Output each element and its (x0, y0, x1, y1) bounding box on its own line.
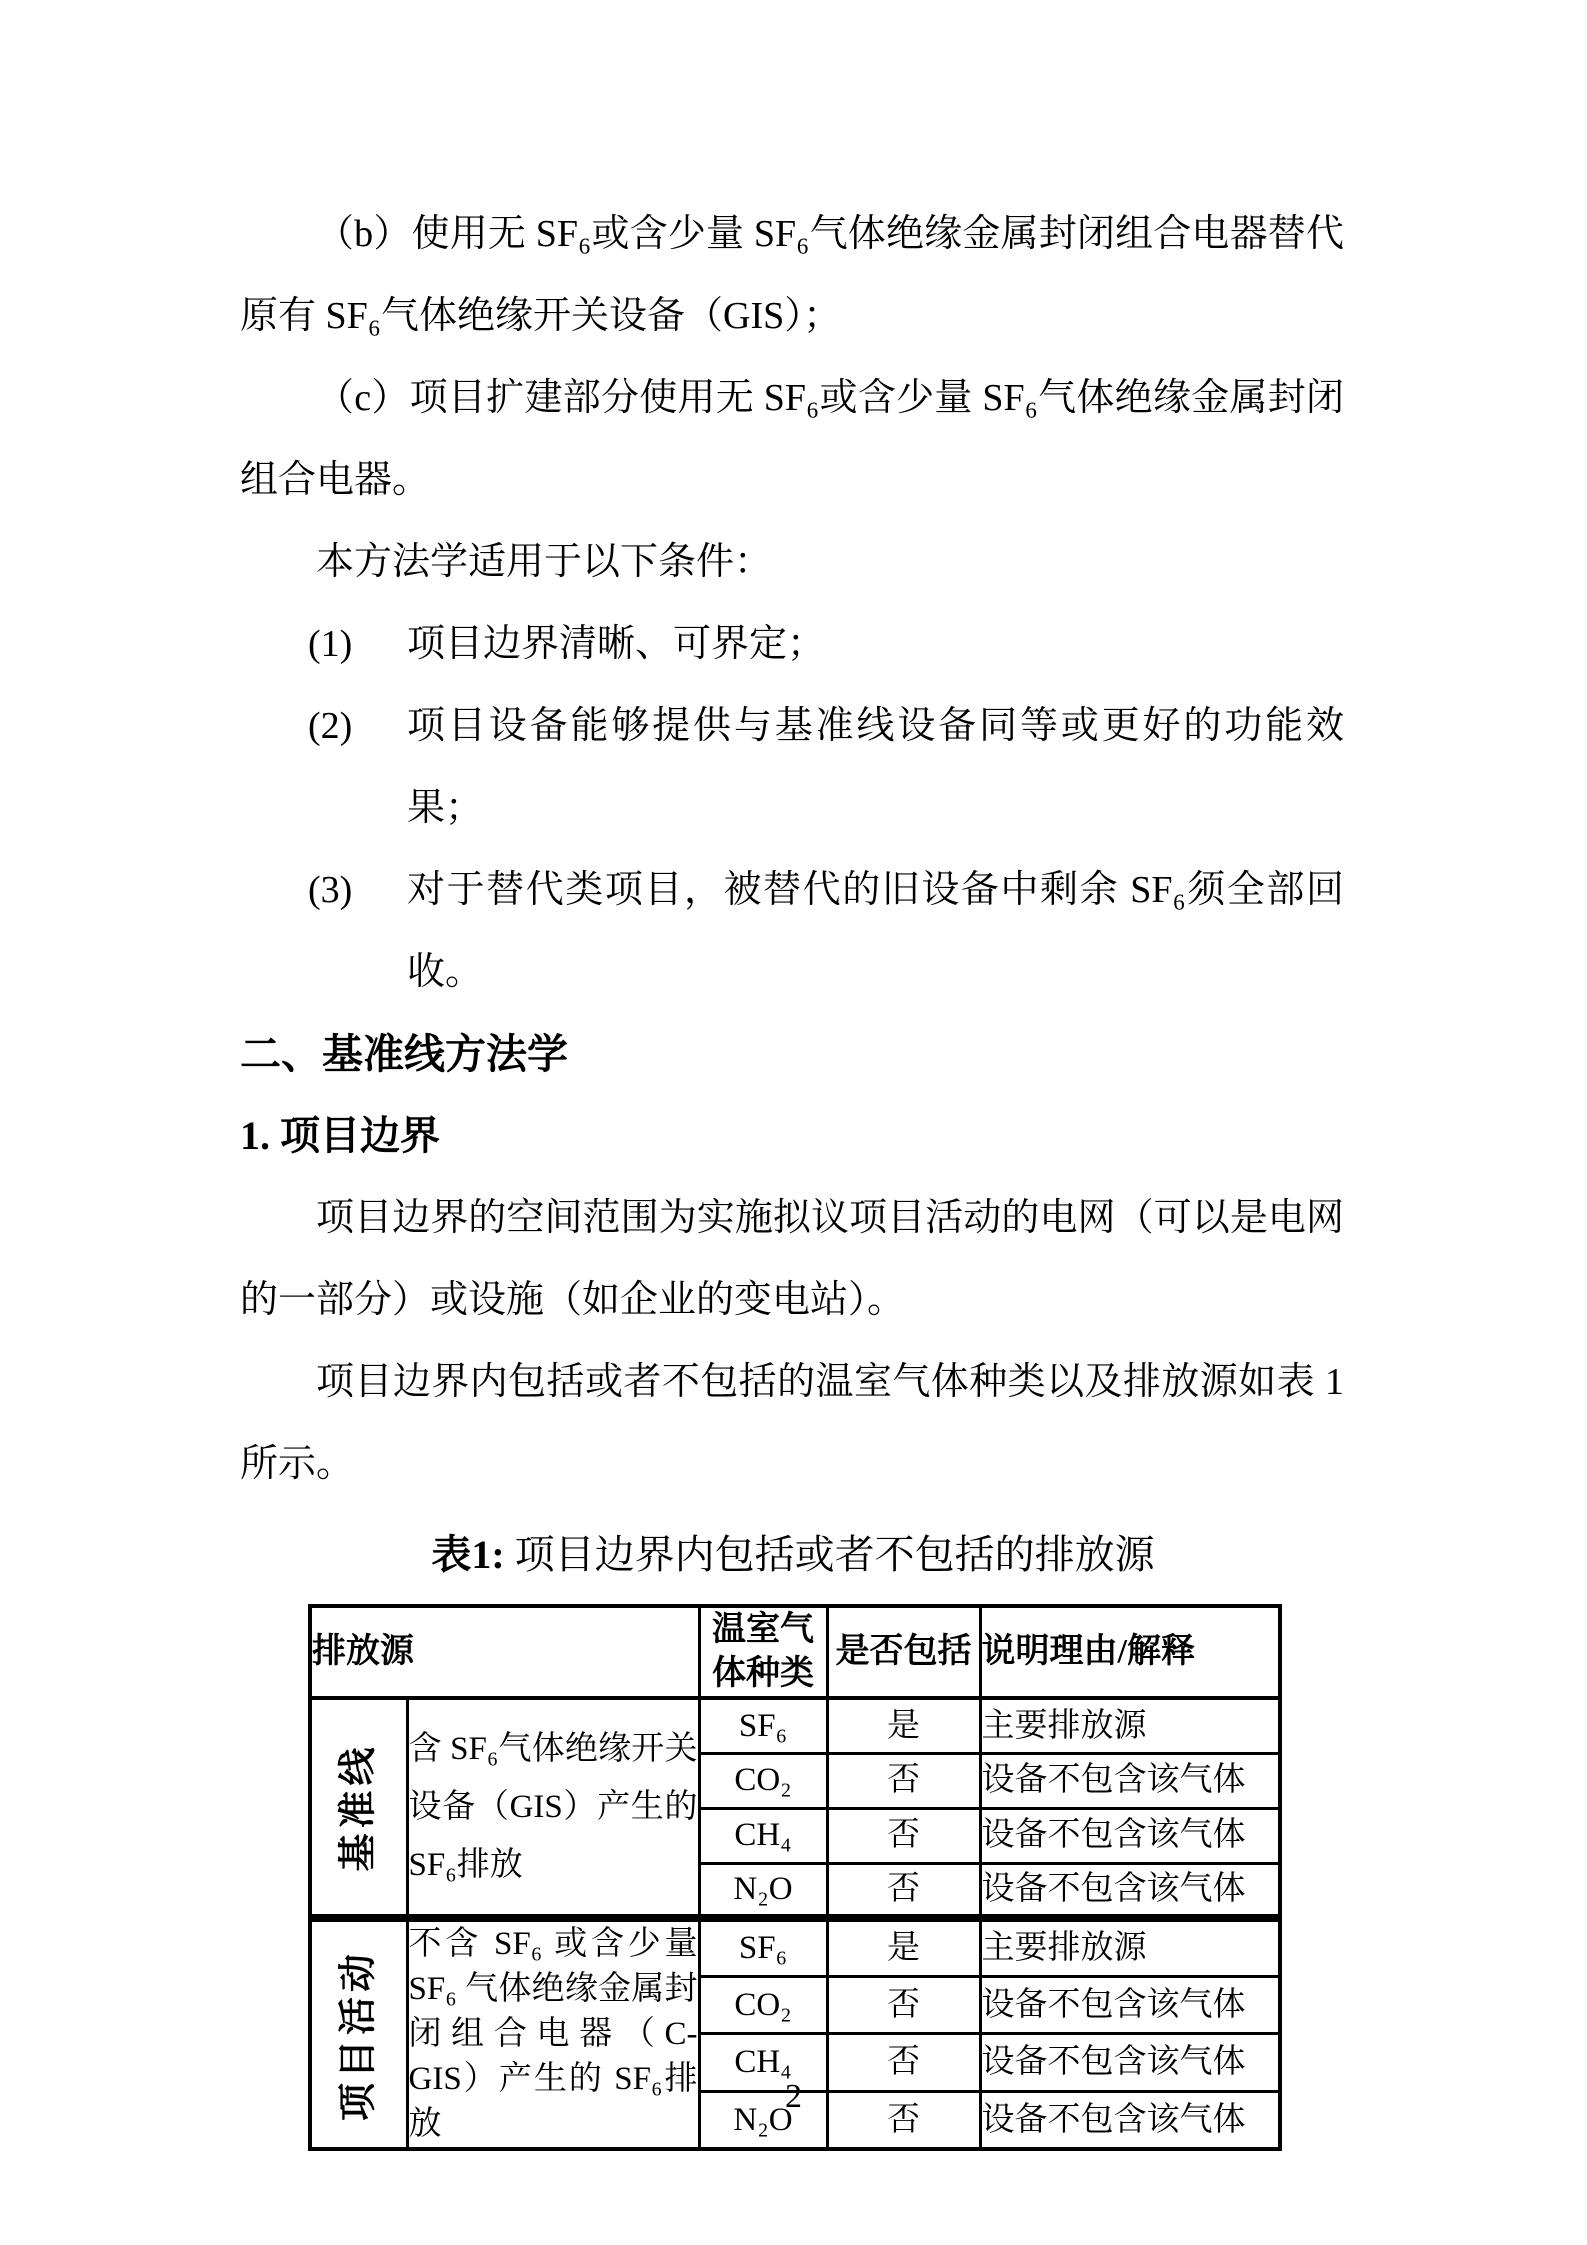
gas-cell: SF₆ (699, 1918, 827, 1976)
reason-cell: 设备不包含该气体 (980, 1863, 1280, 1918)
reason-cell: 主要排放源 (980, 1698, 1280, 1753)
emission-sources-table: 排放源 温室气体种类 是否包括 说明理由/解释 基准线 含 SF₆气体绝缘开关设… (308, 1604, 1282, 2151)
section-heading-baseline-methodology: 二、基准线方法学 (240, 1013, 1344, 1095)
gas-cell: CH₄ (699, 1808, 827, 1863)
table-header-row: 排放源 温室气体种类 是否包括 说明理由/解释 (310, 1606, 1280, 1698)
boundary-paragraph-1: 项目边界的空间范围为实施拟议项目活动的电网（可以是电网的一部分）或设施（如企业的… (240, 1177, 1344, 1341)
condition-text: 项目边界清晰、可界定； (407, 603, 1344, 685)
document-body: （b）使用无 SF₆或含少量 SF₆气体绝缘金属封闭组合电器替代原有 SF₆气体… (240, 193, 1344, 2151)
reason-cell: 设备不包含该气体 (980, 1976, 1280, 2034)
included-cell: 否 (827, 1808, 980, 1863)
condition-item-2: (2) 项目设备能够提供与基准线设备同等或更好的功能效果； (240, 685, 1344, 849)
included-cell: 否 (827, 1753, 980, 1808)
paragraph-c: （c）项目扩建部分使用无 SF₆或含少量 SF₆气体绝缘金属封闭组合电器。 (240, 357, 1344, 521)
reason-cell: 主要排放源 (980, 1918, 1280, 1976)
group-label-baseline: 基准线 (310, 1698, 407, 1918)
reason-cell: 设备不包含该气体 (980, 1808, 1280, 1863)
table-caption: 表1: 项目边界内包括或者不包括的排放源 (308, 1505, 1278, 1604)
condition-number: (2) (308, 685, 407, 849)
gas-cell: CO₂ (699, 1976, 827, 2034)
table-caption-label: 表1: (431, 1532, 504, 1577)
subsection-heading-project-boundary: 1. 项目边界 (240, 1095, 1344, 1177)
included-cell: 否 (827, 1863, 980, 1918)
gas-cell: SF₆ (699, 1698, 827, 1753)
table-row: 基准线 含 SF₆气体绝缘开关设备（GIS）产生的 SF₆排放 SF₆ 是 主要… (310, 1698, 1280, 1753)
conditions-intro: 本方法学适用于以下条件： (240, 521, 1344, 603)
condition-item-3: (3) 对于替代类项目，被替代的旧设备中剩余 SF₆须全部回收。 (240, 849, 1344, 1013)
gas-cell: CO₂ (699, 1753, 827, 1808)
table-caption-text: 项目边界内包括或者不包括的排放源 (515, 1532, 1155, 1577)
condition-number: (1) (308, 603, 407, 685)
group-description-baseline: 含 SF₆气体绝缘开关设备（GIS）产生的 SF₆排放 (407, 1698, 699, 1918)
group-label-text: 基准线 (334, 1743, 383, 1872)
included-cell: 是 (827, 1918, 980, 1976)
document-page: （b）使用无 SF₆或含少量 SF₆气体绝缘金属封闭组合电器替代原有 SF₆气体… (0, 0, 1587, 2245)
reason-cell: 设备不包含该气体 (980, 1753, 1280, 1808)
condition-text: 项目设备能够提供与基准线设备同等或更好的功能效果； (407, 685, 1344, 849)
paragraph-b: （b）使用无 SF₆或含少量 SF₆气体绝缘金属封闭组合电器替代原有 SF₆气体… (240, 193, 1344, 357)
condition-number: (3) (308, 849, 407, 1013)
col-header-emission-source: 排放源 (310, 1606, 699, 1698)
col-header-included: 是否包括 (827, 1606, 980, 1698)
boundary-paragraph-2: 项目边界内包括或者不包括的温室气体种类以及排放源如表 1所示。 (240, 1341, 1344, 1505)
included-cell: 是 (827, 1698, 980, 1753)
included-cell: 否 (827, 1976, 980, 2034)
gas-cell: N₂O (699, 1863, 827, 1918)
table-row: 项目活动 不含 SF₆ 或含少量 SF₆ 气体绝缘金属封闭组合电器（C-GIS）… (310, 1918, 1280, 1976)
condition-item-1: (1) 项目边界清晰、可界定； (240, 603, 1344, 685)
col-header-reason: 说明理由/解释 (980, 1606, 1280, 1698)
condition-text: 对于替代类项目，被替代的旧设备中剩余 SF₆须全部回收。 (407, 849, 1344, 1013)
col-header-ghg-type: 温室气体种类 (699, 1606, 827, 1698)
page-number: 2 (0, 2077, 1587, 2117)
